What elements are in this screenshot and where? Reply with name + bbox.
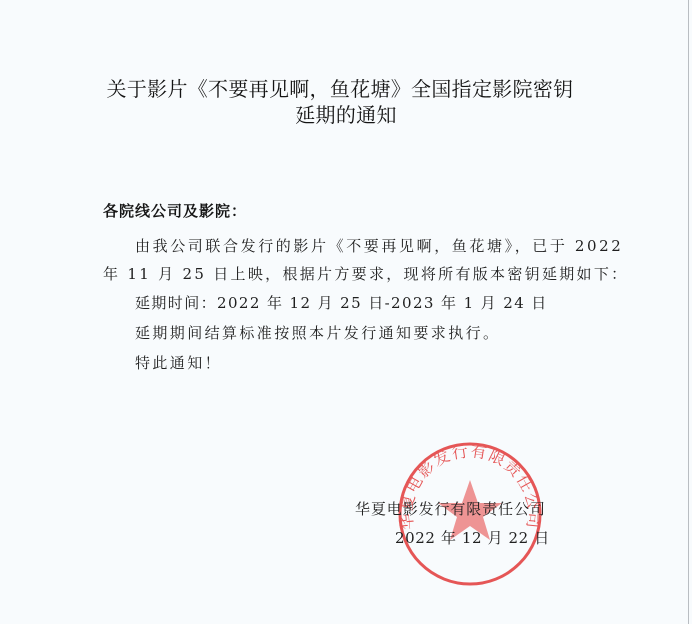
document-title-line-2: 延期的通知 — [0, 99, 692, 128]
body-line: 由我公司联合发行的影片《不要再见啊，鱼花塘》，已于 2022 — [135, 235, 623, 256]
salutation: 各院线公司及影院： — [103, 200, 247, 221]
extension-period: 延期时间：2022 年 12 月 25 日-2023 年 1 月 24 日 — [135, 292, 548, 313]
settlement-note: 延期期间结算标准按照本片发行通知要求执行。 — [135, 322, 500, 343]
document-title-line-1: 关于影片《不要再见啊，鱼花塘》全国指定影院密钥 — [0, 73, 686, 102]
signature-company: 华夏电影发行有限责任公司 — [355, 498, 546, 519]
signature-date: 2022 年 12 月 22 日 — [395, 527, 550, 548]
page-edge-line — [688, 0, 689, 624]
body-line: 年 11 月 25 日上映，根据片方要求，现将所有版本密钥延期如下： — [103, 263, 628, 284]
closing-remark: 特此通知！ — [135, 352, 222, 373]
